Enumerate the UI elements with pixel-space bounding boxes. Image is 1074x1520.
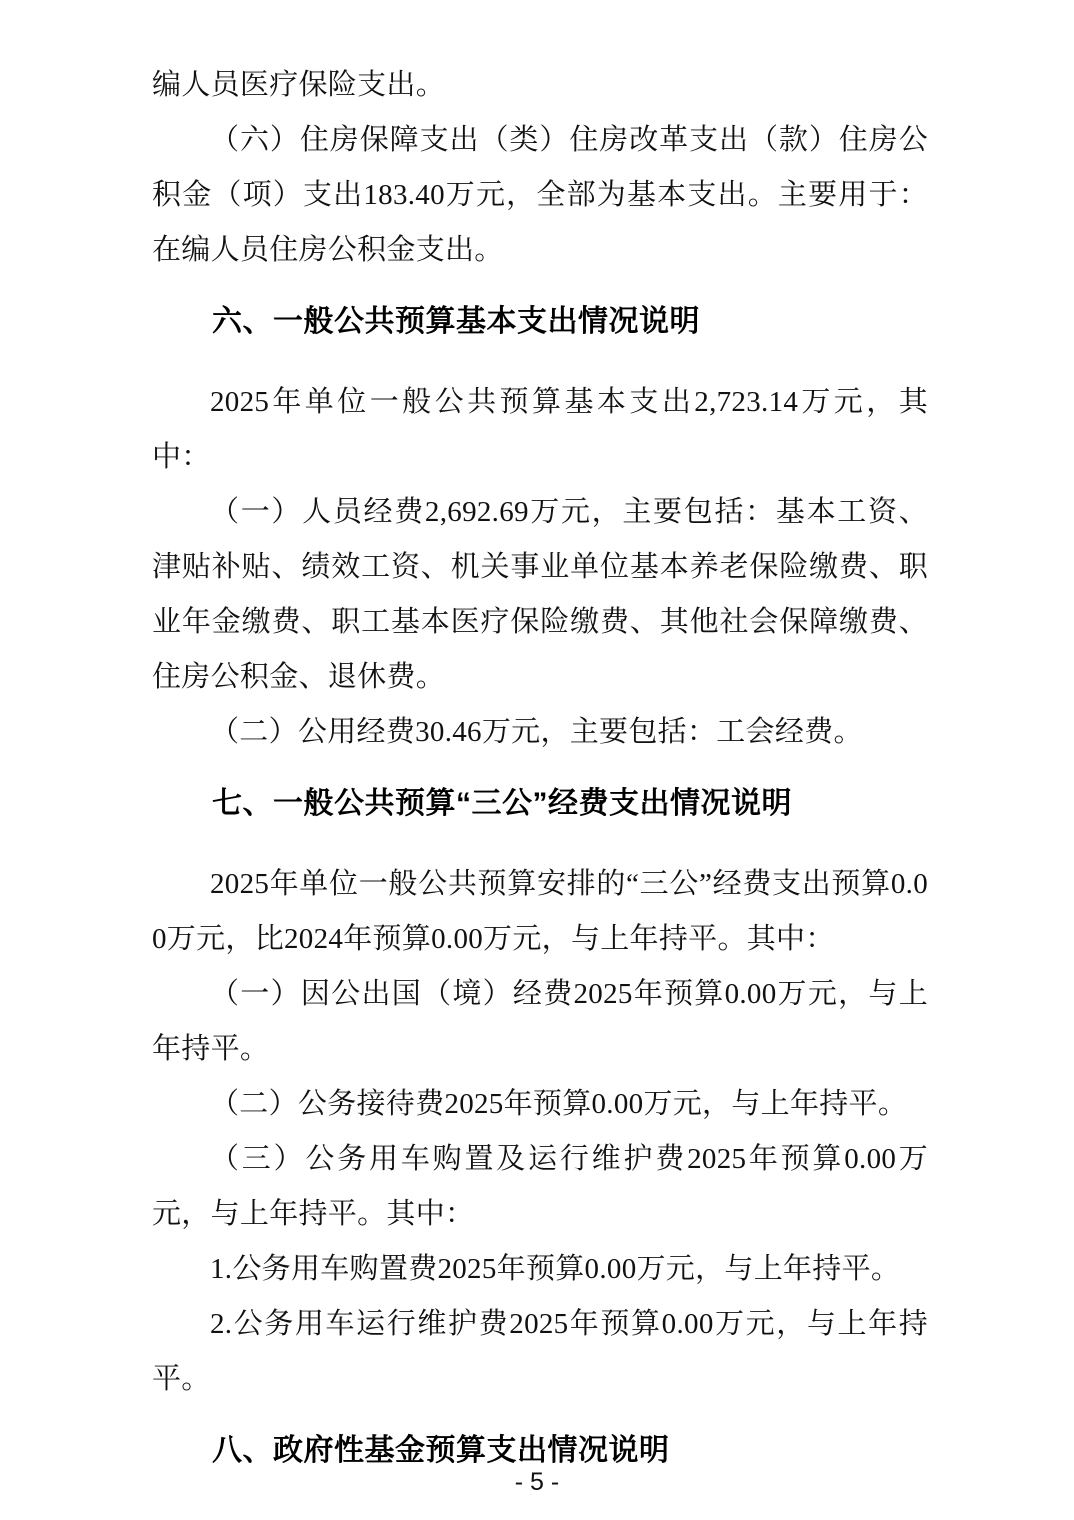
paragraph-abroad-expense: （一）因公出国（境）经费2025年预算0.00万元，与上年持平。: [152, 967, 928, 1077]
document-page: 编人员医疗保险支出。 （六）住房保障支出（类）住房改革支出（款）住房公积金（项）…: [0, 0, 1074, 1520]
paragraph-personnel-expense: （一）人员经费2,692.69万元，主要包括：基本工资、津贴补贴、绩效工资、机关…: [152, 485, 928, 705]
paragraph-public-expense: （二）公用经费30.46万元，主要包括：工会经费。: [152, 705, 928, 760]
page-number: - 5 -: [0, 1468, 1074, 1497]
paragraph-basic-expense-total: 2025年单位一般公共预算基本支出2,723.14万元，其中：: [152, 375, 928, 485]
paragraph-reception-expense: （二）公务接待费2025年预算0.00万元，与上年持平。: [152, 1077, 928, 1132]
paragraph-housing-expense: （六）住房保障支出（类）住房改革支出（款）住房公积金（项）支出183.40万元，…: [152, 113, 928, 278]
paragraph-continuation: 编人员医疗保险支出。: [152, 58, 928, 113]
section-heading-seven: 七、一般公共预算“三公”经费支出情况说明: [152, 776, 928, 831]
paragraph-three-public-total: 2025年单位一般公共预算安排的“三公”经费支出预算0.00万元，比2024年预…: [152, 857, 928, 967]
paragraph-vehicle-expense: （三）公务用车购置及运行维护费2025年预算0.00万元，与上年持平。其中：: [152, 1132, 928, 1242]
section-heading-six: 六、一般公共预算基本支出情况说明: [152, 294, 928, 349]
paragraph-vehicle-purchase: 1.公务用车购置费2025年预算0.00万元，与上年持平。: [152, 1242, 928, 1297]
paragraph-vehicle-maintenance: 2.公务用车运行维护费2025年预算0.00万元，与上年持平。: [152, 1297, 928, 1407]
document-content: 编人员医疗保险支出。 （六）住房保障支出（类）住房改革支出（款）住房公积金（项）…: [152, 58, 928, 1504]
